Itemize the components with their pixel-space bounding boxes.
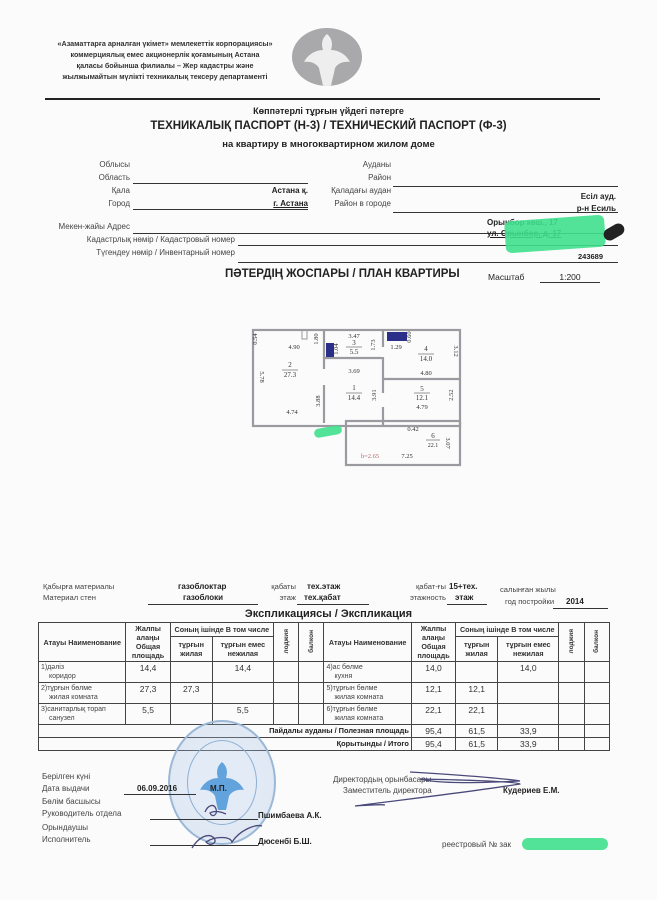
dim-5-78: 5.78	[258, 371, 265, 382]
col-name-2: Атауы Наименование	[324, 623, 411, 662]
room-nonliving: 14,0	[498, 662, 559, 683]
dim-3-69: 3.69	[348, 368, 359, 375]
dim-1-04: 1.04	[333, 343, 340, 355]
col-nonliving-2: тұрғын емес нежилая	[498, 637, 559, 662]
room-balcony	[299, 683, 324, 704]
document-title: ТЕХНИКАЛЫҚ ПАСПОРТ (Н-3) / ТЕХНИЧЕСКИЙ П…	[0, 120, 657, 132]
room-name: 2)тұрғын бөлмежилая комната	[39, 683, 126, 704]
room-nonliving	[498, 683, 559, 704]
org-line-3: қаласы бойынша филиалы – Жер кадастры жә…	[40, 60, 290, 71]
table-header-row: Атауы Наименование Жалпы алаңы Общая пло…	[39, 623, 610, 637]
inventory-label: Түгендеу нөмір / Инвентарный номер	[40, 248, 235, 257]
room-loggia	[559, 662, 584, 683]
col-balcony-label-2: балкон	[593, 630, 600, 653]
col-incl: Соның ішінде В том числе	[170, 623, 273, 637]
table-row: 2)тұрғын бөлмежилая комната 27,3 27,3 5)…	[39, 683, 610, 704]
region-label-ru: Область	[60, 173, 130, 182]
exec-name: Дюсенбі Б.Ш.	[258, 837, 312, 846]
floors-value-2: этаж	[455, 593, 473, 602]
technical-passport-page: «Азаматтарға арналған үкімет» мемлекетті…	[0, 0, 657, 900]
district-label-ru: Район	[315, 173, 391, 182]
city-label-kz: Қала	[60, 186, 130, 195]
year-label-ru: год постройки	[505, 597, 554, 606]
redaction-mark-registry	[522, 838, 608, 850]
room-3-number: 3	[352, 339, 356, 347]
room-total: 5,5	[126, 704, 170, 725]
room-name: 3)санитарлық торапсанузел	[39, 704, 126, 725]
room-balcony	[584, 704, 609, 725]
dim-4-90: 4.90	[288, 344, 299, 351]
room-total: 14,0	[411, 662, 455, 683]
useful-area-total: 95,4	[411, 725, 455, 738]
room-name: 5)тұрғын бөлмежилая комната	[324, 683, 411, 704]
room-name-kz: 3)санитарлық торап	[41, 705, 123, 714]
room-name: 4)ас бөлмекухня	[324, 662, 411, 683]
head-label-ru: Руководитель отдела	[42, 809, 121, 818]
subtitle-ru: на квартиру в многоквартирном жилом доме	[0, 139, 657, 150]
useful-area-living: 61,5	[456, 725, 498, 738]
issued-label-ru: Дата выдачи	[42, 784, 90, 793]
room-1-number: 1	[352, 384, 356, 392]
room-name-ru: жилая комната	[41, 693, 123, 702]
redaction-mark	[504, 215, 606, 254]
room-name: 6)тұрғын бөлмежилая комната	[324, 704, 411, 725]
floor-label-ru: этаж	[240, 593, 296, 602]
wall-material-label-kz: Қабырға материалы	[43, 582, 114, 591]
room-balcony	[299, 662, 324, 683]
exec-label-ru: Исполнитель	[42, 835, 91, 844]
room-total: 14,4	[126, 662, 170, 683]
deputy-label-ru: Заместитель директора	[343, 786, 432, 795]
room-loggia	[273, 662, 298, 683]
room-loggia	[559, 704, 584, 725]
room-name-ru: коридор	[41, 672, 123, 681]
col-loggia: лоджия	[273, 623, 298, 662]
useful-area-loggia	[559, 725, 584, 738]
district-label-kz: Ауданы	[315, 160, 391, 169]
room-balcony	[299, 704, 324, 725]
room-nonliving: 14,4	[212, 662, 273, 683]
room-3-area: 5.5	[350, 348, 359, 356]
room-name-kz: 1)дәліз	[41, 663, 123, 672]
col-loggia-2: лоджия	[559, 623, 584, 662]
room-total: 12,1	[411, 683, 455, 704]
dim-1-73: 1.73	[370, 339, 377, 350]
wall-material-value-kz: газоблоктар	[178, 582, 226, 591]
room-living: 27,3	[170, 683, 212, 704]
city-district-label-kz: Қаладағы аудан	[315, 186, 391, 195]
year-label-kz: салынған жылы	[500, 585, 556, 594]
issued-date: 06.09.2016	[137, 784, 177, 793]
issued-field	[124, 794, 196, 795]
stamp-mark: М.П.	[210, 784, 227, 793]
room-total: 22,1	[411, 704, 455, 725]
room-living: 12,1	[456, 683, 498, 704]
col-loggia-label: лоджия	[283, 629, 290, 653]
grand-total-loggia	[559, 738, 584, 751]
table-row: 1)дәлізкоридор 14,4 14,4 4)ас бөлмекухня…	[39, 662, 610, 683]
floors-value-1: 15+тех.	[449, 582, 478, 591]
explication-title: Экспликациясы / Экспликация	[0, 608, 657, 620]
floor-value-ru: тех.қабат	[304, 593, 341, 602]
exec-label-kz: Орындаушы	[42, 823, 88, 832]
city-value-kz: Астана қ.	[240, 186, 308, 195]
wall-material-field	[148, 604, 258, 605]
room-4-number: 4	[424, 345, 428, 353]
dim-4-79: 4.79	[416, 404, 427, 411]
region-label-kz: Облысы	[60, 160, 130, 169]
city-value-ru: г. Астана	[240, 199, 308, 208]
plan-title: ПӘТЕРДІҢ ЖОСПАРЫ / ПЛАН КВАРТИРЫ	[225, 268, 460, 280]
wall-material-value-ru: газоблоки	[183, 593, 223, 602]
registry-label: реестровый № зак	[442, 840, 511, 849]
col-name: Атауы Наименование	[39, 623, 126, 662]
room-name-ru: жилая комната	[326, 693, 408, 702]
col-balcony-label: балкон	[308, 630, 315, 653]
dim-7-25: 7.25	[401, 453, 412, 460]
room-name-ru: санузел	[41, 714, 123, 723]
room-living	[170, 704, 212, 725]
dim-3-91: 3.91	[371, 389, 378, 400]
deputy-name: Кудериев Е.М.	[503, 786, 560, 795]
deputy-label-kz: Директордың орынбасары	[333, 775, 431, 784]
dim-1-29: 1.29	[390, 344, 401, 351]
fleur-emblem-icon	[292, 28, 362, 86]
grand-total-nonliving: 33,9	[498, 738, 559, 751]
header-rule	[45, 98, 600, 100]
wall-material-label-ru: Материал стен	[43, 593, 96, 602]
col-total-2: Жалпы алаңы Общая площадь	[411, 623, 455, 662]
room-living: 22,1	[456, 704, 498, 725]
dim-0-54: 0.54	[252, 333, 259, 345]
room-balcony	[584, 662, 609, 683]
room-6-number: 6	[431, 432, 435, 440]
dim-0-60: 0.60	[406, 331, 413, 342]
redaction-mark-dark	[601, 221, 626, 242]
col-living: тұрғын жилая	[170, 637, 212, 662]
issued-label-kz: Берілген күні	[42, 772, 90, 781]
dim-3-88: 3.88	[315, 395, 322, 406]
col-loggia-label-2: лоджия	[568, 629, 575, 653]
useful-area-row: Пайдалы ауданы / Полезная площадь 95,4 6…	[39, 725, 610, 738]
grand-total-row: Қорытынды / Итого 95,4 61,5 33,9	[39, 738, 610, 751]
explication-table: Атауы Наименование Жалпы алаңы Общая пло…	[38, 622, 610, 751]
room-living	[456, 662, 498, 683]
grand-total-total: 95,4	[411, 738, 455, 751]
room-6-area: 22.1	[428, 443, 439, 449]
ceiling-height: h=2.65	[361, 453, 379, 460]
dim-2-52: 2.52	[448, 389, 455, 400]
room-total: 27,3	[126, 683, 170, 704]
city-field	[133, 209, 308, 210]
room-4-area: 14.0	[420, 355, 433, 363]
organization-header: «Азаматтарға арналған үкімет» мемлекетті…	[40, 38, 290, 82]
dim-4-74: 4.74	[286, 409, 298, 416]
floor-plan: 0.54 4.90 5.78 4.74 1.80 3.88 2 27.3 3.4…	[250, 327, 465, 470]
floor-value-kz: тех.этаж	[307, 582, 340, 591]
room-2-area: 27.3	[284, 371, 297, 379]
floors-field	[447, 604, 487, 605]
floor-label-kz: қабаты	[240, 582, 296, 591]
room-nonliving	[498, 704, 559, 725]
head-label-kz: Бөлім басшысы	[42, 797, 101, 806]
room-living	[170, 662, 212, 683]
dim-3-07: 3.07	[444, 437, 451, 449]
inventory-field	[238, 262, 618, 263]
col-balcony-2: балкон	[584, 623, 609, 662]
head-name: Пшимбаева А.К.	[258, 811, 322, 820]
grand-total-living: 61,5	[456, 738, 498, 751]
dim-1-80: 1.80	[313, 333, 320, 344]
city-district-value-kz: Есіл ауд.	[540, 192, 616, 201]
room-2-number: 2	[288, 361, 292, 369]
region-field	[133, 183, 308, 184]
col-balcony: балкон	[299, 623, 324, 662]
useful-area-nonliving: 33,9	[498, 725, 559, 738]
room-name-kz: 5)тұрғын бөлме	[326, 684, 408, 693]
room-name-kz: 2)тұрғын бөлме	[41, 684, 123, 693]
room-name-kz: 6)тұрғын бөлме	[326, 705, 408, 714]
dim-4-80: 4.80	[420, 370, 431, 377]
city-district-label-ru: Район в городе	[315, 199, 391, 208]
col-incl-2: Соның ішінде В том числе	[456, 623, 559, 637]
col-nonliving: тұрғын емес нежилая	[212, 637, 273, 662]
dim-3-12: 3.12	[452, 345, 459, 356]
org-line-1: «Азаматтарға арналған үкімет» мемлекетті…	[40, 38, 290, 49]
year-value: 2014	[566, 597, 584, 606]
room-name-ru: жилая комната	[326, 714, 408, 723]
useful-area-balcony	[584, 725, 609, 738]
org-line-4: жылжымайтын мүлікті техникалық тексеру д…	[40, 71, 290, 82]
grand-total-balcony	[584, 738, 609, 751]
org-line-2: коммерциялық емес акционерлік қоғамының …	[40, 49, 290, 60]
exec-signature-field	[150, 845, 258, 846]
room-loggia	[559, 683, 584, 704]
floors-label-kz: қабат-ғы	[370, 582, 446, 591]
col-living-2: тұрғын жилая	[456, 637, 498, 662]
city-label-ru: Город	[60, 199, 130, 208]
dim-0-42: 0.42	[407, 426, 418, 433]
room-name: 1)дәлізкоридор	[39, 662, 126, 683]
floor-field	[297, 604, 369, 605]
address-label: Мекен-жайы Адрес	[20, 222, 130, 231]
room-name-kz: 4)ас бөлме	[326, 663, 408, 672]
subtitle-kz: Көппәтерлі тұрғын үйдегі пәтерге	[0, 106, 657, 116]
room-name-ru: кухня	[326, 672, 408, 681]
room-5-area: 12.1	[416, 394, 429, 402]
room-1-area: 14.4	[348, 394, 361, 402]
city-district-value-ru: р-н Есиль	[540, 204, 616, 213]
inventory-value: 243689	[578, 252, 603, 261]
col-total: Жалпы алаңы Общая площадь	[126, 623, 170, 662]
cadastral-label: Кадастрлық нөмір / Кадастровый номер	[40, 235, 235, 244]
room-nonliving	[212, 683, 273, 704]
room-balcony	[584, 683, 609, 704]
room-5-number: 5	[420, 385, 424, 393]
district-field	[393, 186, 618, 187]
room-loggia	[273, 704, 298, 725]
head-signature-field	[150, 819, 258, 820]
room-loggia	[273, 683, 298, 704]
table-row: 3)санитарлық торапсанузел 5,5 5,5 6)тұрғ…	[39, 704, 610, 725]
scale-label: Масштаб	[488, 272, 524, 282]
floors-label-ru: этажность	[370, 593, 446, 602]
scale-value: 1:200	[540, 272, 600, 283]
